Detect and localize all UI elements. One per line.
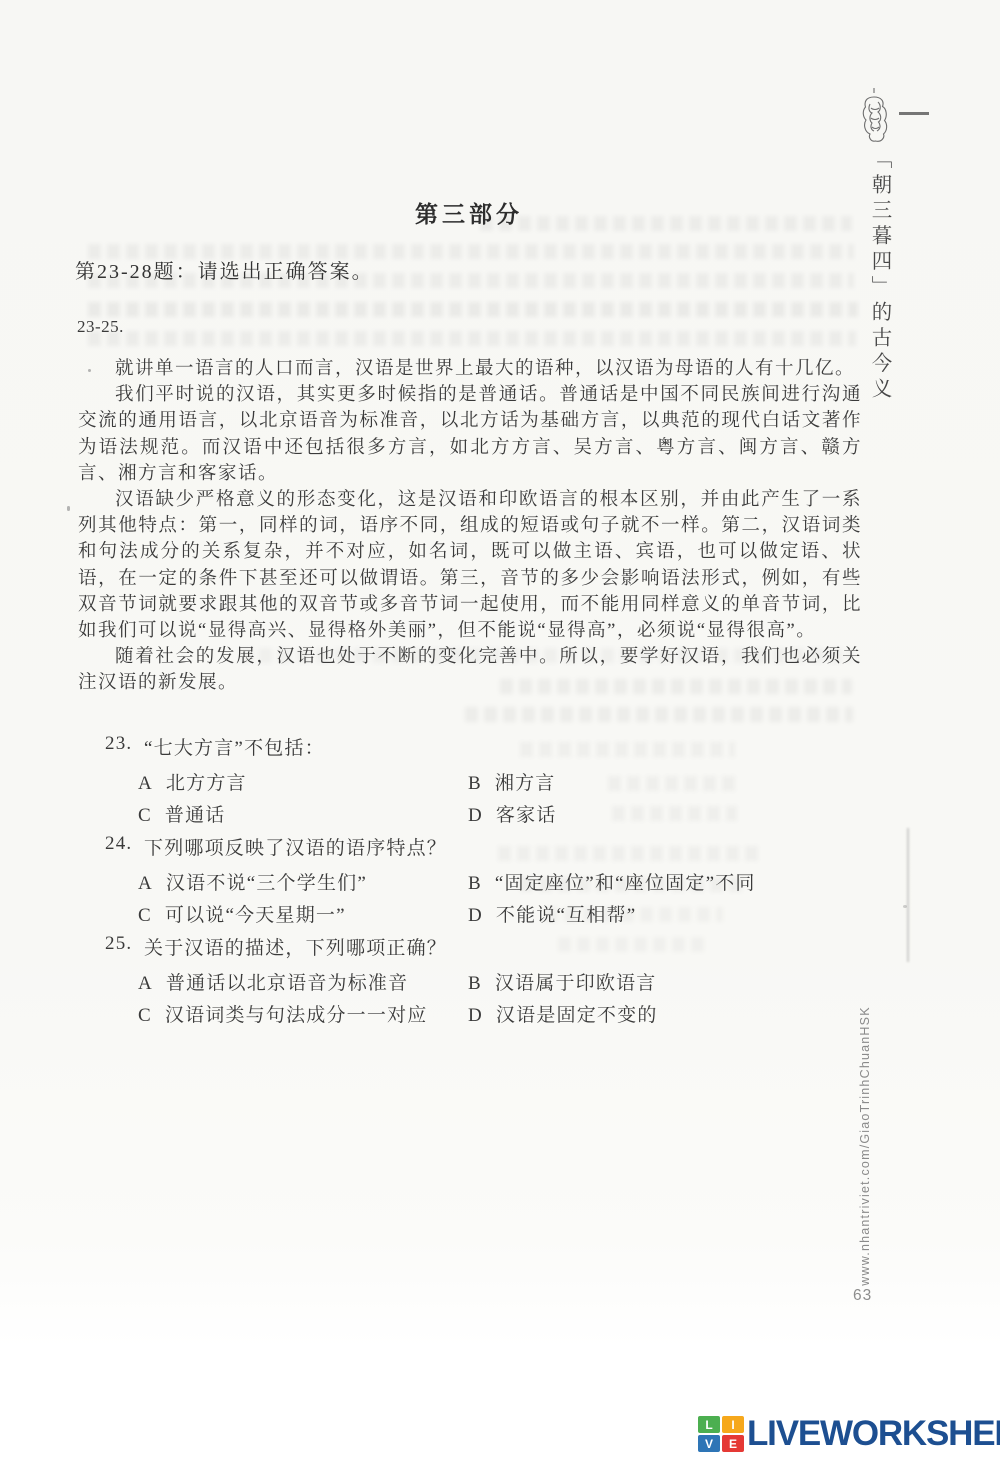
logo-tile-i: I <box>722 1416 744 1433</box>
option-text: 不能说“互相帮” <box>496 900 636 927</box>
scan-speck <box>67 506 70 511</box>
option-label: B <box>468 773 482 795</box>
option-label: D <box>468 1005 483 1027</box>
option-label: A <box>138 873 153 895</box>
option-label: C <box>138 1005 152 1027</box>
option-text: 普通话 <box>165 800 226 827</box>
option-label: D <box>468 905 483 927</box>
logo-tile-l: L <box>698 1416 720 1433</box>
watermark-url-text: www.nhantriviet.com/GiaoTrinhChuanHSK <box>858 1006 872 1285</box>
logo-tile-v: V <box>698 1435 720 1452</box>
option-25-a[interactable]: A 普通话以北京语音为标准音 <box>138 968 468 995</box>
question-stem: 关于汉语的描述，下列哪项正确？ <box>144 933 447 960</box>
option-label: C <box>138 805 152 827</box>
question-25: 25. 关于汉语的描述，下列哪项正确？ A 普通话以北京语音为标准音 B 汉语属… <box>105 933 875 1027</box>
seal-dash-rule <box>899 112 929 115</box>
showthrough-ghost-line <box>88 331 856 346</box>
question-stem: 下列哪项反映了汉语的语序特点？ <box>144 833 447 860</box>
option-25-c[interactable]: C 汉语词类与句法成分一一对应 <box>138 1000 468 1027</box>
question-number: 23. <box>105 733 135 760</box>
option-23-b[interactable]: B 湘方言 <box>468 768 875 795</box>
option-text: 北方方言 <box>166 768 247 795</box>
passage-range-label: 23-25. <box>77 317 124 337</box>
option-text: 汉语词类与句法成分一一对应 <box>165 1000 428 1027</box>
option-24-d[interactable]: D 不能说“互相帮” <box>468 900 875 927</box>
option-23-d[interactable]: D 客家话 <box>468 800 875 827</box>
showthrough-ghost-line <box>88 302 858 317</box>
option-label: A <box>138 773 153 795</box>
option-text: 汉语属于印欧语言 <box>495 968 657 995</box>
option-text: 普通话以北京语音为标准音 <box>166 968 408 995</box>
option-label: B <box>468 873 482 895</box>
logo-tile-e: E <box>722 1435 744 1452</box>
scan-speck <box>903 905 907 908</box>
option-text: 汉语不说“三个学生们” <box>166 868 367 895</box>
option-text: 可以说“今天星期一” <box>165 900 346 927</box>
lesson-number-seal-icon <box>858 88 892 151</box>
passage-paragraph: 随着社会的发展，汉语也处于不断的变化完善中。所以，要学好汉语，我们也必须关注汉语… <box>78 644 862 696</box>
instructions-line: 第23-28题：请选出正确答案。 <box>75 255 374 284</box>
lesson-title-vertical: 「朝三暮四」的古今义 <box>864 148 894 403</box>
liveworksheets-logo-tiles-icon: L I V E <box>698 1416 744 1452</box>
question-23: 23. “七大方言”不包括： A 北方方言 B 湘方言 C 普通话 D 客家话 <box>105 733 875 827</box>
option-25-d[interactable]: D 汉语是固定不变的 <box>468 1000 875 1027</box>
option-24-a[interactable]: A 汉语不说“三个学生们” <box>138 868 468 895</box>
scanned-page: 第三部分 第23-28题：请选出正确答案。 23-25. 就讲单一语言的人口而言… <box>0 0 1000 1348</box>
option-23-c[interactable]: C 普通话 <box>138 800 468 827</box>
liveworksheets-logo: L I V E LIVEWORKSHEETS <box>698 1414 1000 1454</box>
question-number: 24. <box>105 833 135 860</box>
scan-crease-line <box>907 828 909 962</box>
showthrough-ghost-line <box>465 707 853 722</box>
passage-paragraph: 汉语缺少严格意义的形态变化，这是汉语和印欧语言的根本区别，并由此产生了一系列其他… <box>78 487 862 644</box>
passage-paragraph: 就讲单一语言的人口而言，汉语是世界上最大的语种，以汉语为母语的人有十几亿。 <box>78 356 862 382</box>
option-23-a[interactable]: A 北方方言 <box>138 768 468 795</box>
option-24-c[interactable]: C 可以说“今天星期一” <box>138 900 468 927</box>
option-text: 湘方言 <box>495 768 556 795</box>
page-number: 63 <box>853 1287 872 1305</box>
option-label: B <box>468 973 482 995</box>
liveworksheets-wordmark: LIVEWORKSHEETS <box>747 1414 1000 1454</box>
option-label: C <box>138 905 152 927</box>
section-title: 第三部分 <box>78 196 860 229</box>
option-text: “固定座位”和“座位固定”不同 <box>495 868 756 895</box>
option-text: 客家话 <box>496 800 557 827</box>
option-text: 汉语是固定不变的 <box>496 1000 658 1027</box>
option-25-b[interactable]: B 汉语属于印欧语言 <box>468 968 875 995</box>
option-label: D <box>468 805 483 827</box>
question-24: 24. 下列哪项反映了汉语的语序特点？ A 汉语不说“三个学生们” B “固定座… <box>105 833 875 927</box>
option-24-b[interactable]: B “固定座位”和“座位固定”不同 <box>468 868 875 895</box>
reading-passage: 就讲单一语言的人口而言，汉语是世界上最大的语种，以汉语为母语的人有十几亿。 我们… <box>78 356 862 697</box>
option-label: A <box>138 973 153 995</box>
question-number: 25. <box>105 933 135 960</box>
passage-paragraph: 我们平时说的汉语，其实更多时候指的是普通话。普通话是中国不同民族间进行沟通交流的… <box>78 382 862 487</box>
question-stem: “七大方言”不包括： <box>144 733 325 760</box>
